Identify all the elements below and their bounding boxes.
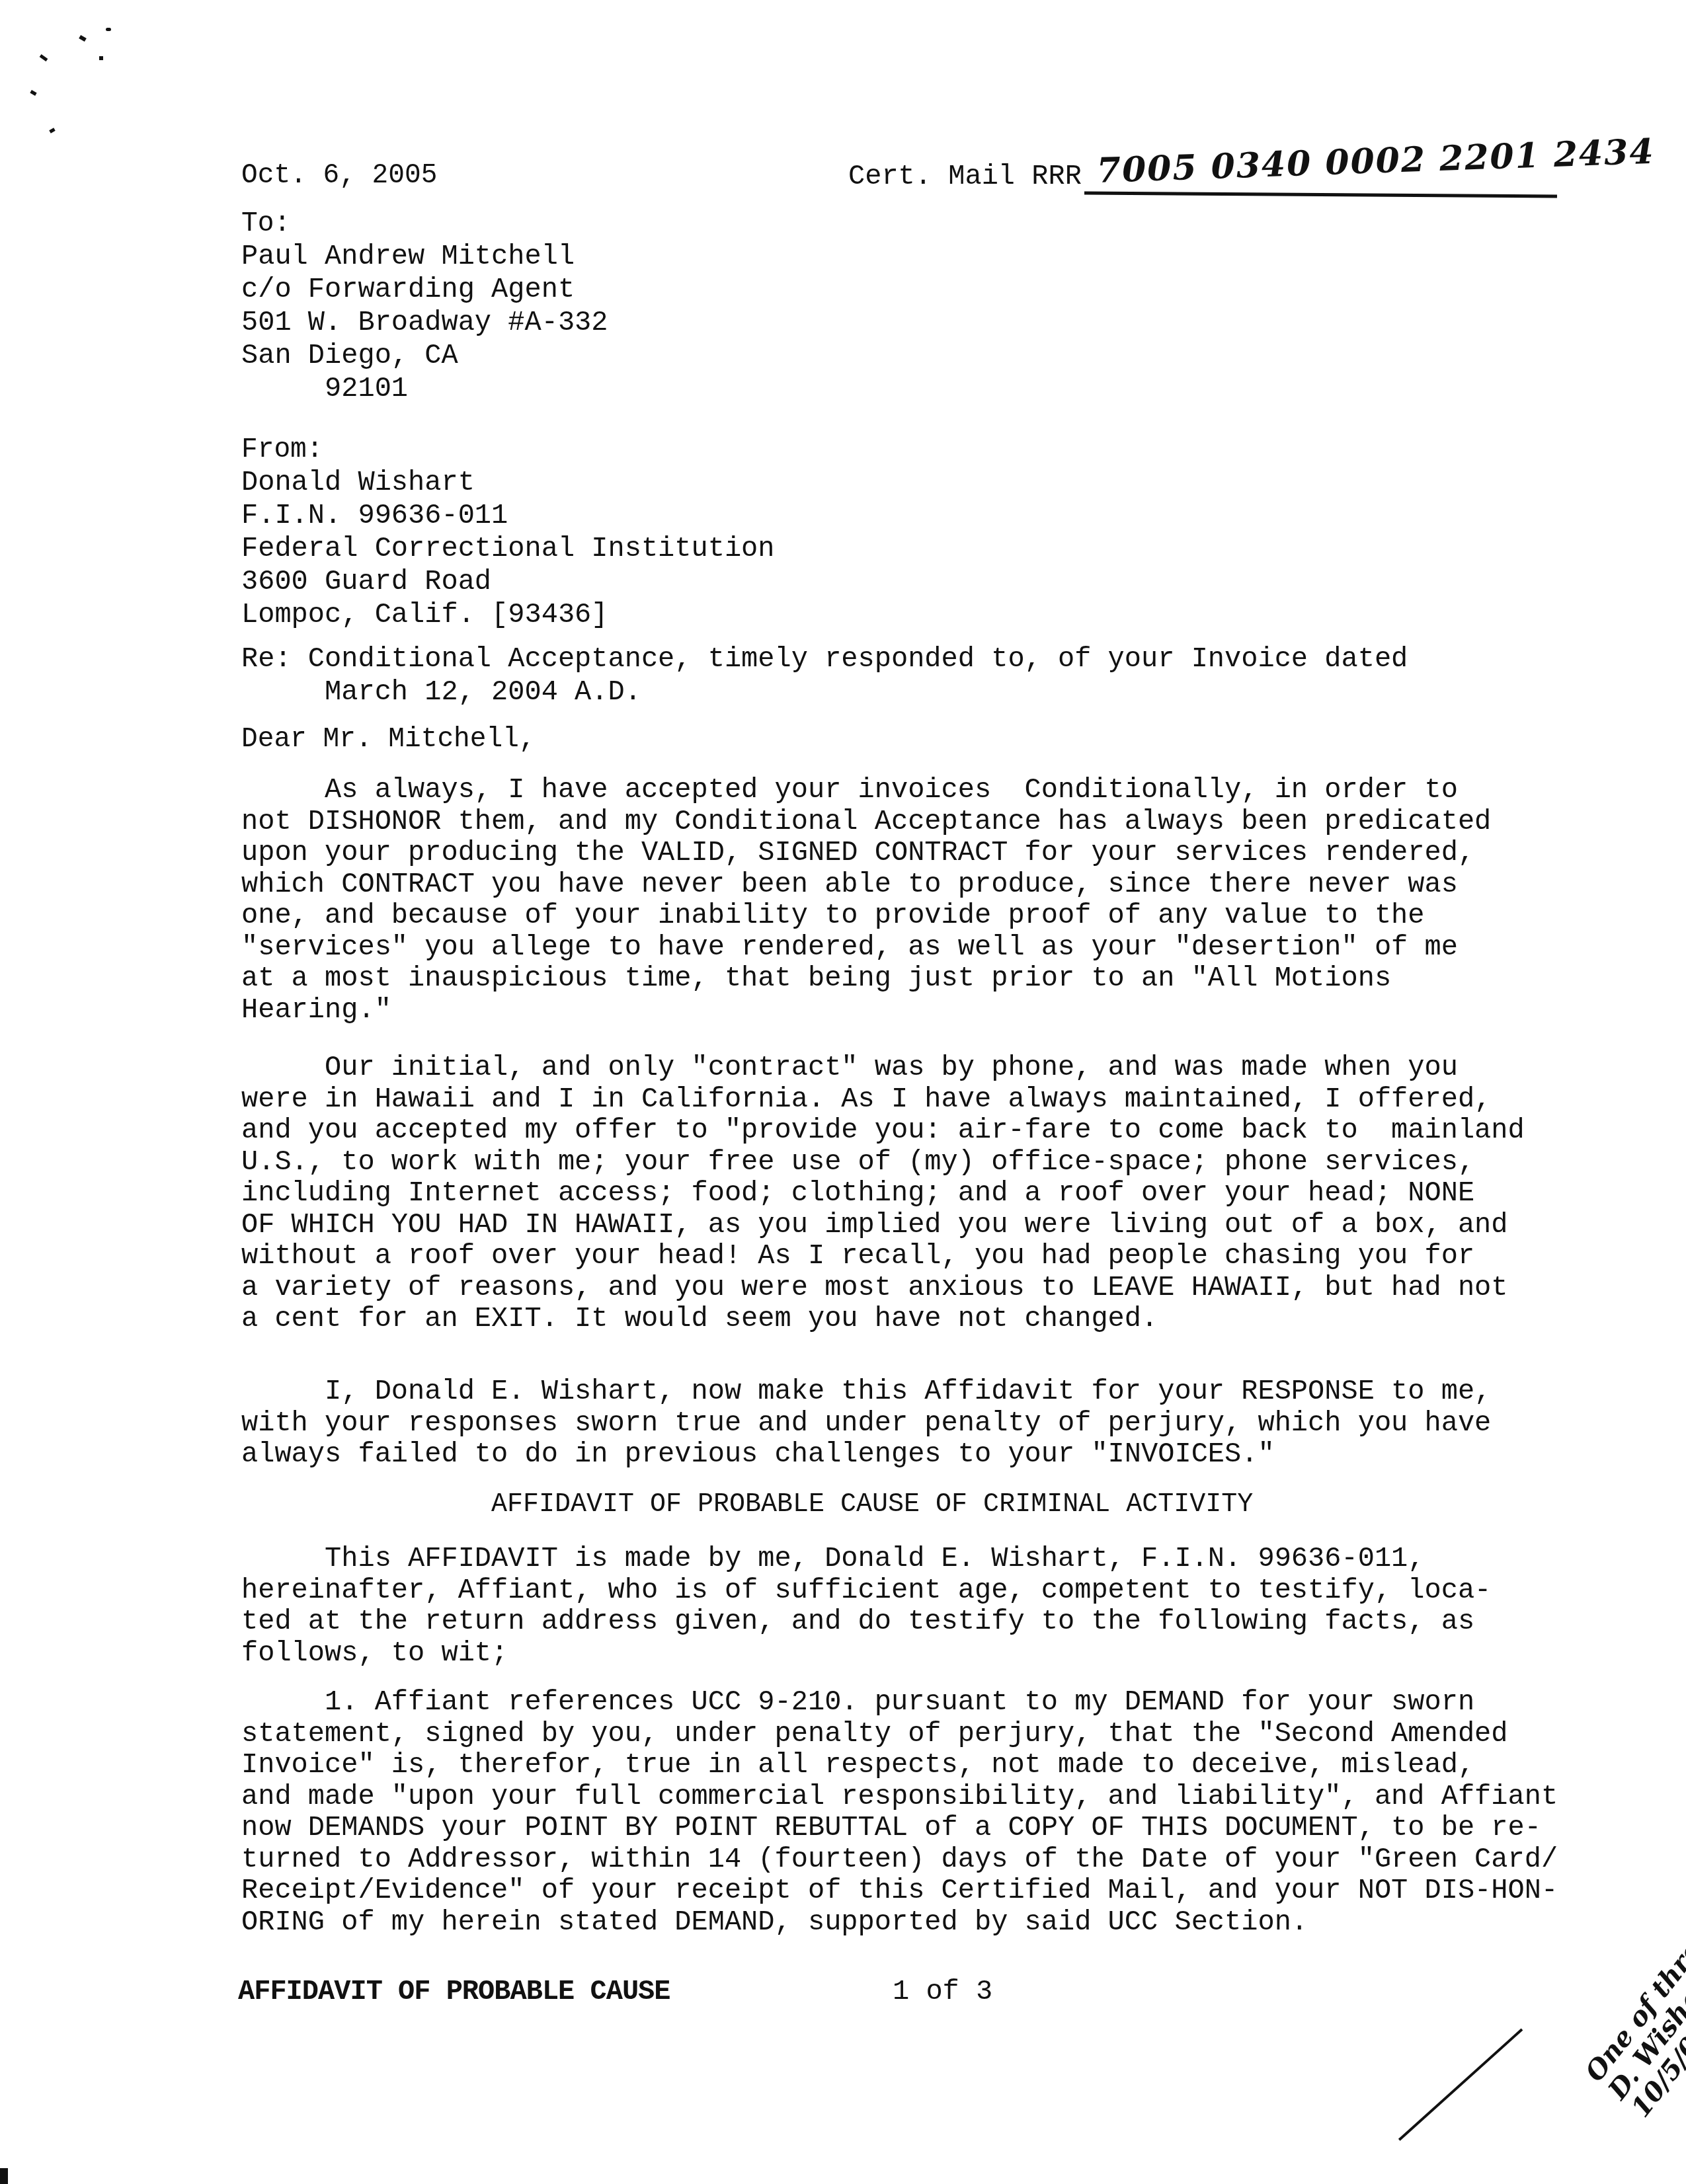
paragraph-line: not DISHONOR them, and my Conditional Ac… [241, 806, 1491, 838]
to-line: c/o Forwarding Agent [241, 273, 608, 306]
from-line: Donald Wishart [241, 466, 775, 499]
paragraph-line: ORING of my herein stated DEMAND, suppor… [241, 1907, 1558, 1939]
from-address: Donald Wishart F.I.N. 99636-011 Federal … [241, 466, 775, 631]
paragraph-line: at a most inauspicious time, that being … [241, 963, 1491, 995]
paragraph-line: 1. Affiant references UCC 9-210. pursuan… [241, 1687, 1558, 1719]
scan-edge-mark [0, 2168, 8, 2184]
paragraph-1: As always, I have accepted your invoices… [241, 775, 1491, 1026]
affidavit-item-1: 1. Affiant references UCC 9-210. pursuan… [241, 1687, 1558, 1938]
from-line: Lompoc, Calif. [93436] [241, 598, 775, 631]
from-line: F.I.N. 99636-011 [241, 499, 775, 532]
paragraph-line: always failed to do in previous challeng… [241, 1439, 1491, 1471]
cert-mail-label: Cert. Mail RRR [848, 160, 1082, 193]
salutation: Dear Mr. Mitchell, [241, 722, 536, 756]
cert-mail-underline [1084, 192, 1557, 198]
scan-speck [40, 54, 48, 61]
to-line: 501 W. Broadway #A-332 [241, 306, 608, 339]
paragraph-line: Invoice" is, therefor, true in all respe… [241, 1750, 1558, 1781]
to-label: To: [241, 207, 290, 240]
paragraph-line: a cent for an EXIT. It would seem you ha… [241, 1304, 1525, 1335]
handwritten-margin-note: One of three D. Wishart 10/5/05 [1580, 1923, 1686, 2123]
letter-page: Oct. 6, 2005 Cert. Mail RRR 7005 0340 00… [0, 0, 1686, 2184]
footer-title: AFFIDAVIT OF PROBABLE CAUSE [238, 1975, 670, 2008]
paragraph-line: Hearing." [241, 995, 1491, 1027]
scan-speck [30, 90, 36, 96]
to-address: Paul Andrew Mitchell c/o Forwarding Agen… [241, 240, 608, 405]
paragraph-line: now DEMANDS your POINT BY POINT REBUTTAL… [241, 1813, 1558, 1844]
paragraph-line: "services" you allege to have rendered, … [241, 932, 1491, 964]
cert-mail-number: 7005 0340 0002 2201 2434 [1096, 132, 1656, 191]
paragraph-2: Our initial, and only "contract" was by … [241, 1052, 1525, 1335]
paragraph-line: and you accepted my offer to "provide yo… [241, 1115, 1525, 1147]
scan-speck [49, 128, 55, 133]
paragraph-line: statement, signed by you, under penalty … [241, 1719, 1558, 1750]
paragraph-line: follows, to wit; [241, 1638, 1491, 1670]
paragraph-line: turned to Addressor, within 14 (fourteen… [241, 1844, 1558, 1876]
affidavit-heading: AFFIDAVIT OF PROBABLE CAUSE OF CRIMINAL … [491, 1489, 1253, 1522]
paragraph-line: ted at the return address given, and do … [241, 1606, 1491, 1638]
paragraph-line: U.S., to work with me; your free use of … [241, 1147, 1525, 1179]
paragraph-line: hereinafter, Affiant, who is of sufficie… [241, 1575, 1491, 1607]
paragraph-line: which CONTRACT you have never been able … [241, 869, 1491, 901]
to-line: Paul Andrew Mitchell [241, 240, 608, 273]
paragraph-line: As always, I have accepted your invoices… [241, 775, 1491, 806]
scan-speck [106, 28, 111, 31]
paragraph-line: one, and because of your inability to pr… [241, 900, 1491, 932]
from-line: 3600 Guard Road [241, 565, 775, 598]
paragraph-line: upon your producing the VALID, SIGNED CO… [241, 838, 1491, 869]
scan-speck [79, 35, 87, 42]
paragraph-line: without a roof over your head! As I reca… [241, 1241, 1525, 1272]
paragraph-line: were in Hawaii and I in California. As I… [241, 1084, 1525, 1116]
affidavit-intro: This AFFIDAVIT is made by me, Donald E. … [241, 1543, 1491, 1669]
subject-date: March 12, 2004 A.D. [241, 676, 1408, 709]
handwritten-stroke [1398, 2029, 1523, 2141]
letter-date: Oct. 6, 2005 [241, 159, 437, 192]
page-indicator: 1 of 3 [893, 1975, 992, 2008]
paragraph-line: Receipt/Evidence" of your receipt of thi… [241, 1875, 1558, 1907]
paragraph-line: This AFFIDAVIT is made by me, Donald E. … [241, 1543, 1491, 1575]
paragraph-line: including Internet access; food; clothin… [241, 1178, 1525, 1210]
subject-text: Re: Conditional Acceptance, timely respo… [241, 643, 1408, 676]
paragraph-line: with your responses sworn true and under… [241, 1408, 1491, 1440]
to-line: 92101 [241, 372, 608, 405]
paragraph-line: and made "upon your full commercial resp… [241, 1781, 1558, 1813]
scan-speck [99, 56, 103, 60]
subject-line: Re: Conditional Acceptance, timely respo… [241, 643, 1408, 709]
to-line: San Diego, CA [241, 339, 608, 372]
paragraph-line: Our initial, and only "contract" was by … [241, 1052, 1525, 1084]
paragraph-line: OF WHICH YOU HAD IN HAWAII, as you impli… [241, 1210, 1525, 1241]
paragraph-3: I, Donald E. Wishart, now make this Affi… [241, 1376, 1491, 1471]
paragraph-line: I, Donald E. Wishart, now make this Affi… [241, 1376, 1491, 1408]
from-label: From: [241, 433, 323, 466]
from-line: Federal Correctional Institution [241, 532, 775, 565]
paragraph-line: a variety of reasons, and you were most … [241, 1272, 1525, 1304]
